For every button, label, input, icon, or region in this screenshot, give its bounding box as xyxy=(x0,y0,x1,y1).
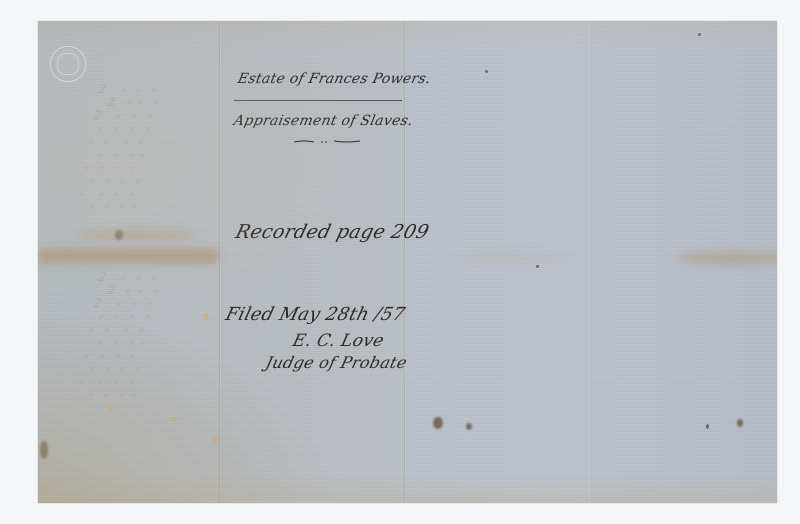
judge-signature: E. C. Love xyxy=(291,331,387,351)
fold-line xyxy=(404,21,406,503)
ink-blot xyxy=(115,230,123,240)
stain xyxy=(678,251,777,265)
ink-blot xyxy=(706,424,709,429)
water-spot xyxy=(212,436,218,444)
docket-divider xyxy=(234,100,402,101)
embossed-seal-icon xyxy=(50,46,86,82)
fold-line xyxy=(587,21,589,503)
ink-blot xyxy=(40,441,48,459)
recorded-note: Recorded page 209 xyxy=(233,221,431,243)
flourish-underline xyxy=(292,138,362,144)
ink-blot xyxy=(737,419,743,427)
ink-dot xyxy=(536,265,539,268)
panel-docket xyxy=(220,21,405,503)
judge-title: Judge of Probate xyxy=(264,353,410,372)
ink-blot xyxy=(466,423,472,430)
stain xyxy=(78,231,198,239)
water-spot xyxy=(203,313,209,321)
paper-sheet: 2 ⸗ ⸗ ⸗ 2 ⸗ ⸗ ⸗ 2 ⸗ ⸗ ⸗ ⸗ ⸗ ⸗ ⸗ ⸗ ⸗ ⸗ ⸗ … xyxy=(38,21,777,503)
water-spot xyxy=(108,405,113,412)
filed-date: Filed May 28th /57 xyxy=(223,304,407,325)
ink-dot xyxy=(698,33,701,36)
water-spot xyxy=(170,417,178,422)
stain xyxy=(458,253,568,263)
docket-subtitle: Appraisement of Slaves. xyxy=(232,113,414,129)
ink-dot xyxy=(485,70,488,73)
docket-title: Estate of Frances Powers. xyxy=(236,71,432,87)
fold-line xyxy=(219,21,221,503)
ink-blot xyxy=(433,417,443,429)
scanned-document: 2 ⸗ ⸗ ⸗ 2 ⸗ ⸗ ⸗ 2 ⸗ ⸗ ⸗ ⸗ ⸗ ⸗ ⸗ ⸗ ⸗ ⸗ ⸗ … xyxy=(0,0,800,524)
stain xyxy=(38,249,220,263)
